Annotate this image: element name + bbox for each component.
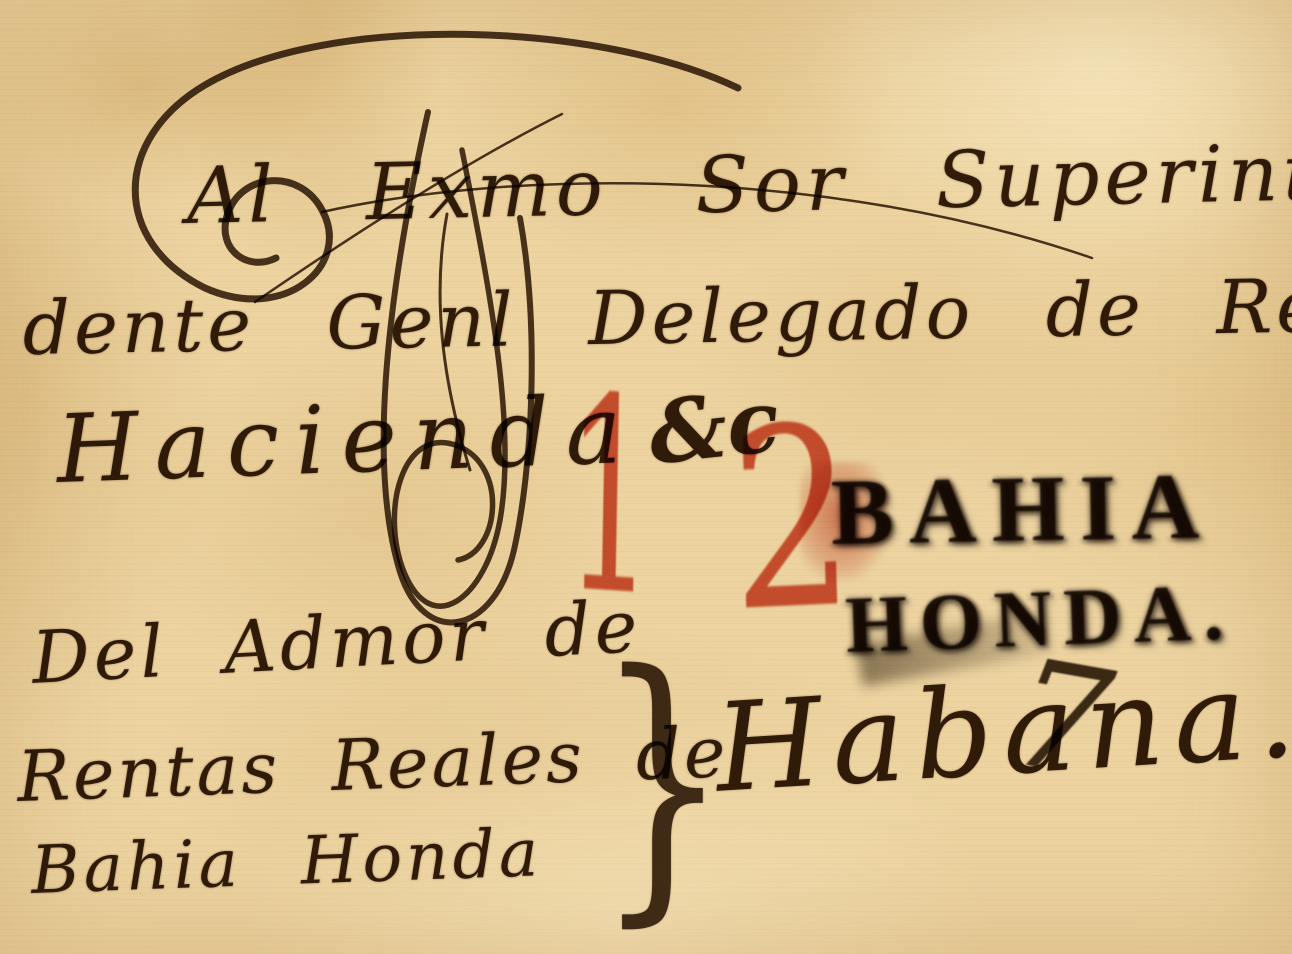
address-line-1: Al Exmo Sor Superinten [186, 132, 1292, 236]
letter-sheet: Al Exmo Sor Superinten dente Genl Delega… [0, 0, 1292, 954]
address-line-3: Hacienda [55, 384, 639, 498]
sender-line-3: Bahia Honda [30, 820, 543, 904]
sender-line-1: Del Admor de [30, 590, 643, 694]
destination-habana: Habana. [712, 652, 1292, 810]
red-rate-digit-1: 1 [564, 382, 657, 616]
postmark-line-bahia: BAHIA [830, 459, 1215, 560]
sender-brace: } [596, 652, 729, 913]
